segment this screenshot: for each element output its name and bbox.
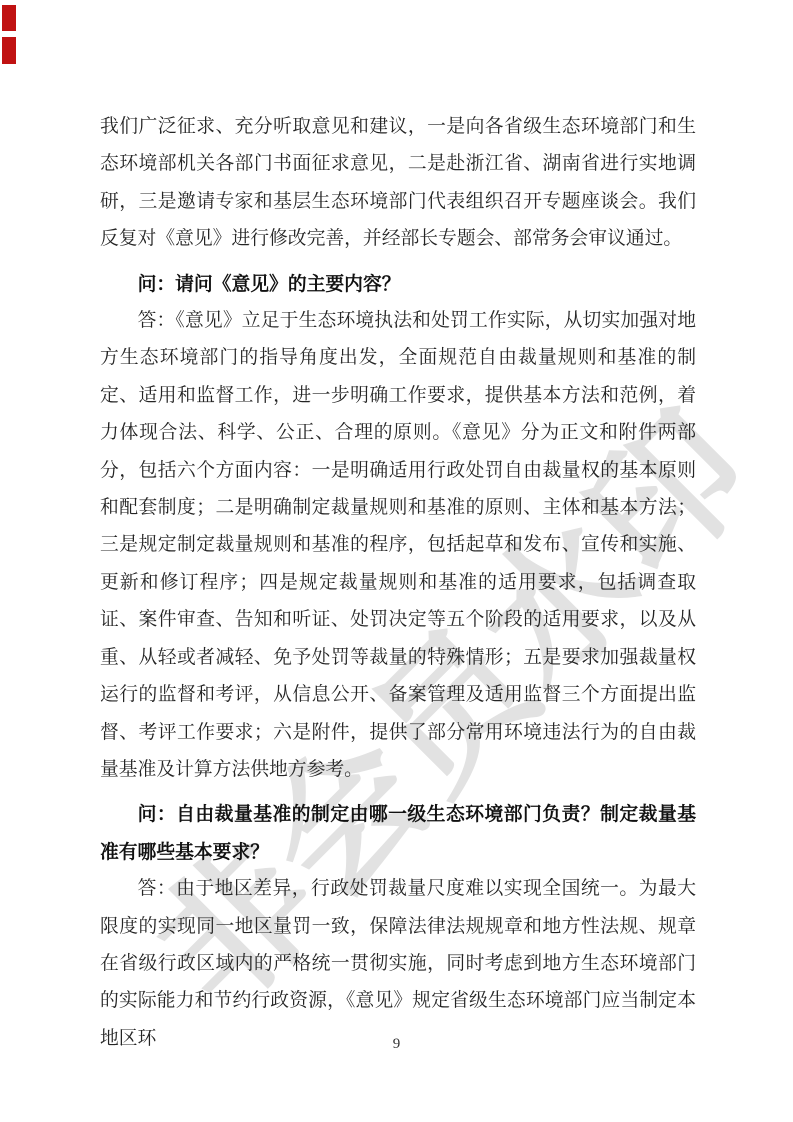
paragraph: 答：《意见》立足于生态环境执法和处罚工作实际，从切实加强对地方生态环境部门的指导…: [100, 302, 696, 788]
paragraph: 我们广泛征求、充分听取意见和建议，一是向各省级生态环境部门和生态环境部机关各部门…: [100, 108, 696, 258]
red-corner-mark-top: [2, 5, 16, 31]
page-number: 9: [0, 1036, 793, 1053]
document-page: 非会员水印 我们广泛征求、充分听取意见和建议，一是向各省级生态环境部门和生态环境…: [0, 0, 793, 1122]
document-body: 我们广泛征求、充分听取意见和建议，一是向各省级生态环境部门和生态环境部机关各部门…: [100, 108, 696, 1057]
question-heading: 问：自由裁量基准的制定由哪一级生态环境部门负责？制定裁量基准有哪些基本要求？: [100, 795, 696, 870]
paragraph: 答：由于地区差异，行政处罚裁量尺度难以实现全国统一。为最大限度的实现同一地区量罚…: [100, 870, 696, 1057]
red-corner-mark-bottom: [2, 37, 16, 64]
question-heading: 问：请问《意见》的主要内容？: [100, 265, 696, 302]
